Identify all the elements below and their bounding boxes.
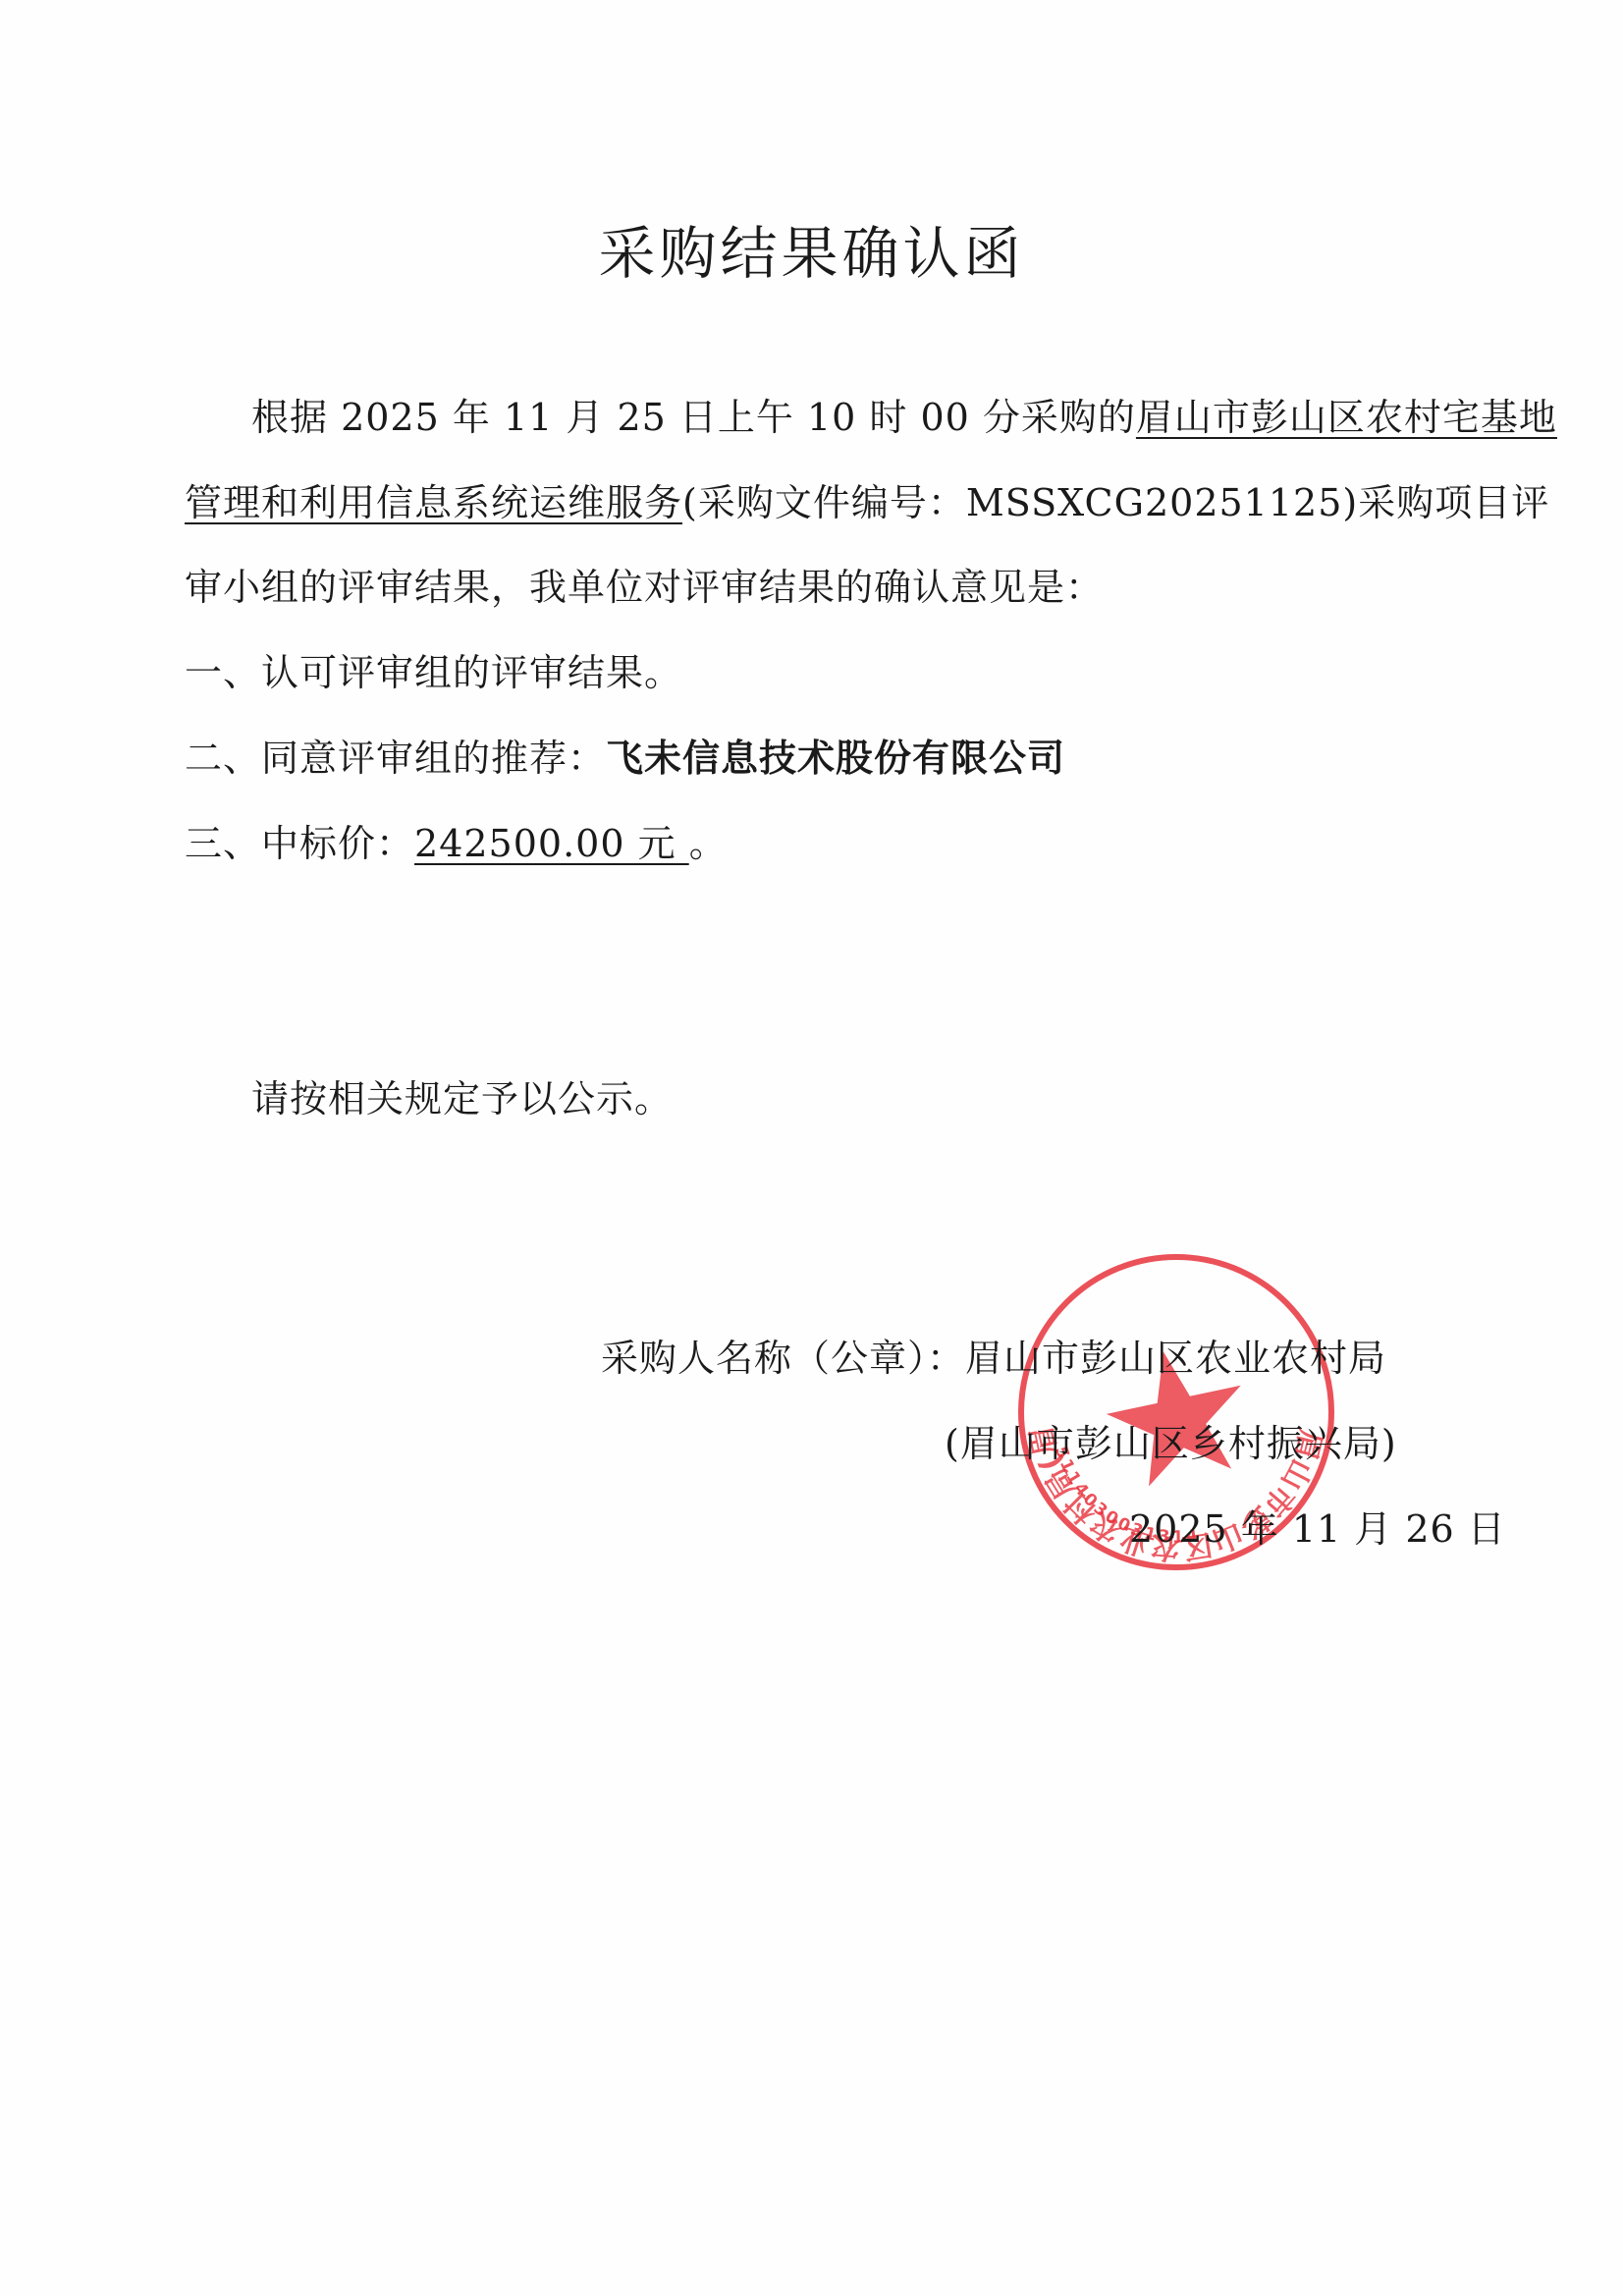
winning-bid-price: 242500.00 元 — [414, 822, 689, 865]
item-text: 同意评审组的推荐： — [261, 737, 606, 780]
recommended-supplier: 飞未信息技术股份有限公司 — [606, 736, 1065, 780]
item-3: 三、中标价：242500.00 元 。 — [185, 819, 728, 868]
paragraph-line-2: 管理和利用信息系统运维服务(采购文件编号：MSSXCG20251125)采购项目… — [185, 478, 1549, 527]
project-name-part2: 管理和利用信息系统运维服务 — [185, 481, 682, 524]
item-1: 一、认可评审组的评审结果。 — [185, 648, 682, 697]
item-2: 二、同意评审组的推荐：飞未信息技术股份有限公司 — [185, 734, 1065, 783]
document-title: 采购结果确认函 — [0, 214, 1623, 293]
paragraph-line-1: 根据 2025 年 11 月 25 日上午 10 时 00 分采购的眉山市彭山区… — [251, 393, 1557, 442]
signature-date: 2025 年 11 月 26 日 — [1129, 1504, 1506, 1554]
item-text: 认可评审组的评审结果。 — [261, 651, 682, 694]
item-text: 中标价： — [261, 822, 414, 865]
procurement-file-number: (采购文件编号：MSSXCG20251125)采购项目评 — [682, 481, 1549, 524]
item-suffix: 。 — [689, 822, 728, 865]
publication-notice: 请按相关规定予以公示。 — [251, 1074, 673, 1123]
paragraph-prefix: 根据 2025 年 11 月 25 日上午 10 时 00 分采购的 — [251, 396, 1136, 439]
paragraph-line-3: 审小组的评审结果，我单位对评审结果的确认意见是： — [185, 563, 1104, 612]
item-prefix: 三、 — [185, 822, 261, 865]
item-prefix: 一、 — [185, 651, 261, 694]
document-page: 采购结果确认函 根据 2025 年 11 月 25 日上午 10 时 00 分采… — [0, 0, 1623, 2296]
purchaser-label: 采购人名称（公章）： — [601, 1337, 965, 1380]
item-prefix: 二、 — [185, 737, 261, 780]
project-name-part1: 眉山市彭山区农村宅基地 — [1136, 396, 1557, 439]
purchaser-signature-line: 采购人名称（公章）：眉山市彭山区农业农村局 — [601, 1334, 1386, 1383]
purchaser-alias: (眉山市彭山区乡村振兴局) — [945, 1419, 1397, 1468]
purchaser-name: 眉山市彭山区农业农村局 — [965, 1337, 1386, 1380]
